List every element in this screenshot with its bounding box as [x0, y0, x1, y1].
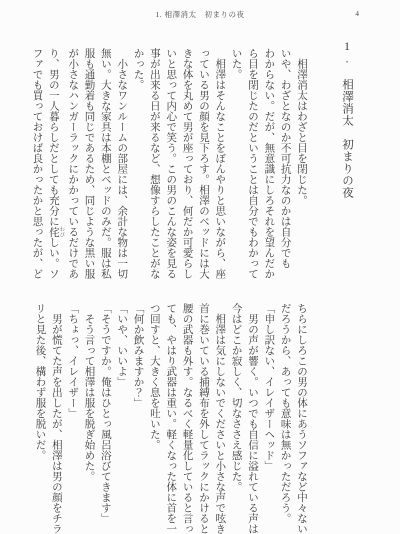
- text-line: つ回すと、大きく息を吐いた。: [146, 303, 162, 534]
- text-line: 今はどこか寂しく、切なささえ感じた。: [227, 303, 243, 534]
- text-line: だろうから、あっても意味は無かっただろう。: [276, 303, 292, 534]
- text-line: いと思って内心で笑う。この男のこんな姿を見る: [162, 48, 178, 284]
- lower-text-tier: ちらにしろこの男の体にあうソファなど中々ないだろうから、あっても意味は無かっただ…: [30, 303, 309, 534]
- text-line: 小さなワンルームの部屋には、余計な物は一切: [113, 48, 129, 284]
- text-line: 「申し訳ない、イレイザーヘッド」: [260, 303, 276, 534]
- running-header: 1. 相澤消太 初まりの夜: [0, 9, 400, 21]
- text-line: ら目を閉じたのだということは自分でもわかって: [244, 48, 260, 284]
- upper-text-tier: 相澤消太はわざと目を閉じた。いや、わざとなのか不可抗力なのかは自分でもわからない…: [30, 48, 309, 284]
- text-line: 「何か飲みますか？」: [129, 303, 145, 534]
- text-line: わからない。だが、無意識にしろそれを望んだか: [260, 48, 276, 284]
- text-line: 腰の武器も外す。なるべく軽量化していると言っ: [178, 303, 194, 534]
- text-line: ちらにしろこの男の体にあうソファなど中々ない: [293, 303, 309, 534]
- text-line: 相澤はそんなことをぼんやりと思いながら、座: [211, 48, 227, 284]
- text-line: り、男の一人暮らしだとしても充分に侘わびしい。ソ: [45, 48, 64, 284]
- text-line: っている男の顔を見下ろす。相澤のベッドには大: [195, 48, 211, 284]
- text-line: 男の声が響く。いつでも自信に溢れている声は、: [244, 303, 260, 534]
- page-number: 4: [355, 9, 359, 18]
- text-line: 相澤消太はわざと目を閉じた。: [293, 48, 309, 284]
- running-title: 1. 相澤消太 初まりの夜: [156, 10, 245, 19]
- text-line: いや、わざとなのか不可抗力なのかは自分でも: [276, 48, 292, 284]
- novel-page: 1. 相澤消太 初まりの夜 4 1. 相澤消太 初まりの夜 相澤消太はわざと目を…: [0, 0, 400, 534]
- text-line: いた。: [227, 48, 243, 284]
- text-line: ても、やはり武器は重い。軽くなった体に首を一: [162, 303, 178, 534]
- text-line: そう言って相澤は服を脱ぎ始めた。: [80, 303, 96, 534]
- text-line: 「ちょっ、イレイザー」: [64, 303, 80, 534]
- text-line: きな体を丸めて男が座っており、何だか可愛らし: [178, 48, 194, 284]
- text-line: 事が出来る日が来るなど、想像すらしたことがな: [146, 48, 162, 284]
- text-line: 相澤は気にしないでくださいと小さな声で呟き、: [211, 303, 227, 534]
- furigana-annotation: 侘わび: [48, 227, 59, 238]
- text-line: 「そうですか。俺はひとっ風呂浴びてきます」: [97, 303, 113, 534]
- text-line: 首に巻いている捕縛布を外してラックにかけると、: [195, 303, 211, 534]
- text-line: かった。: [129, 48, 145, 284]
- chapter-title: 1. 相澤消太 初まりの夜: [339, 41, 355, 291]
- text-line: 無い。大きな家具は本棚とベッドのみだ。服は私: [97, 48, 113, 284]
- text-line: リと見た後、構わず服を脱いだ。: [31, 303, 47, 534]
- text-line: 「いや、いいよ」: [113, 303, 129, 534]
- text-line: 服も通勤着も同じであるため、同じような黒い服: [80, 48, 96, 284]
- text-line: ファでも買っておけば良かったかと思ったが、ど: [28, 48, 44, 284]
- text-line: が小さなハンガーラックにかかっているだけであ: [64, 48, 80, 284]
- text-line: 男が慌てた声を出したが、相澤は男の顔をチラ: [48, 303, 64, 534]
